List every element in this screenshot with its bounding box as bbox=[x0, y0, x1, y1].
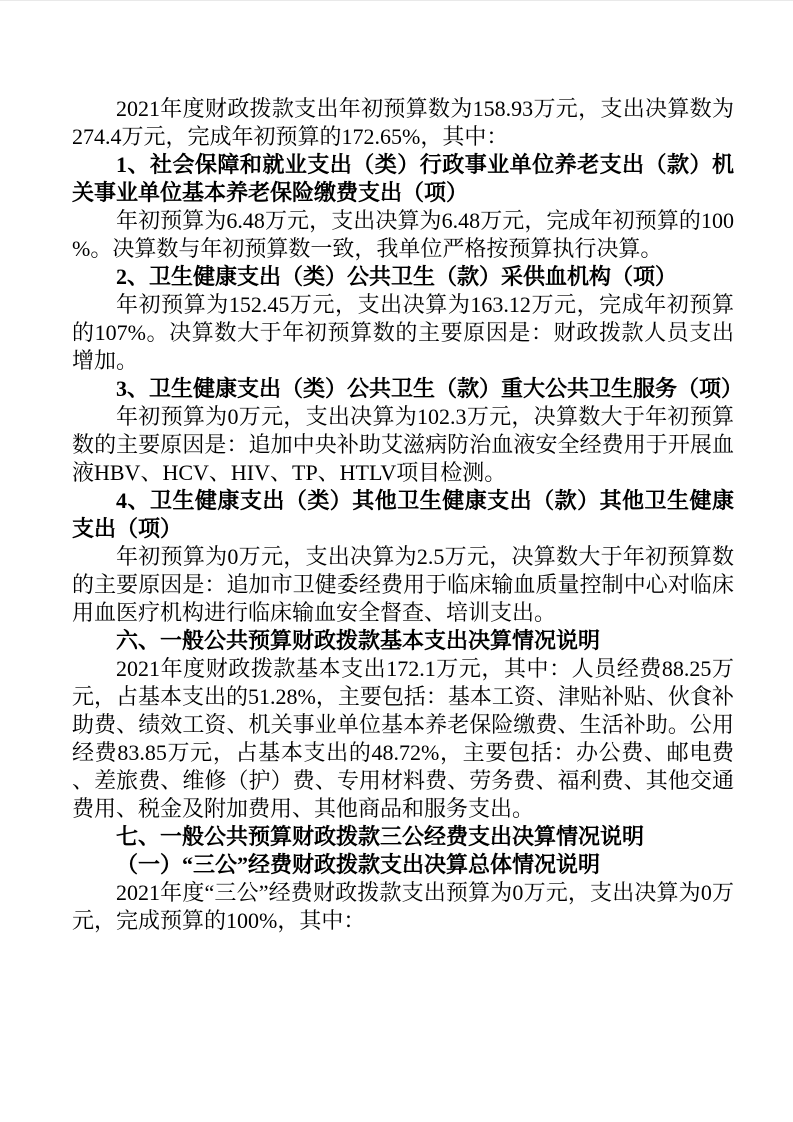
section-heading: 七、一般公共预算财政拨款三公经费支出决算情况说明 bbox=[72, 823, 734, 851]
body-paragraph: 2021年度财政拨款基本支出172.1万元，其中：人员经费88.25万元，占基本… bbox=[72, 655, 734, 823]
body-paragraph: 年初预算为0万元，支出决算为2.5万元，决算数大于年初预算数的主要原因是：追加市… bbox=[72, 543, 734, 627]
document-content: 2021年度财政拨款支出年初预算数为158.93万元，支出决算数为274.4万元… bbox=[72, 95, 734, 935]
body-paragraph: 2021年度“三公”经费财政拨款支出预算为0万元，支出决算为0万元，完成预算的1… bbox=[72, 879, 734, 935]
body-paragraph: 年初预算为0万元，支出决算为102.3万元，决算数大于年初预算数的主要原因是：追… bbox=[72, 403, 734, 487]
section-heading: 3、卫生健康支出（类）公共卫生（款）重大公共卫生服务（项） bbox=[72, 375, 734, 403]
section-heading: 1、社会保障和就业支出（类）行政事业单位养老支出（款）机关事业单位基本养老保险缴… bbox=[72, 151, 734, 207]
body-paragraph: 年初预算为152.45万元，支出决算为163.12万元，完成年初预算的107%。… bbox=[72, 291, 734, 375]
section-heading: （一）“三公”经费财政拨款支出决算总体情况说明 bbox=[72, 851, 734, 879]
section-heading: 六、一般公共预算财政拨款基本支出决算情况说明 bbox=[72, 627, 734, 655]
body-paragraph: 2021年度财政拨款支出年初预算数为158.93万元，支出决算数为274.4万元… bbox=[72, 95, 734, 151]
section-heading: 2、卫生健康支出（类）公共卫生（款）采供血机构（项） bbox=[72, 263, 734, 291]
body-paragraph: 年初预算为6.48万元，支出决算为6.48万元，完成年初预算的100%。决算数与… bbox=[72, 207, 734, 263]
section-heading: 4、卫生健康支出（类）其他卫生健康支出（款）其他卫生健康支出（项） bbox=[72, 487, 734, 543]
document-page: 2021年度财政拨款支出年初预算数为158.93万元，支出决算数为274.4万元… bbox=[0, 0, 793, 1122]
